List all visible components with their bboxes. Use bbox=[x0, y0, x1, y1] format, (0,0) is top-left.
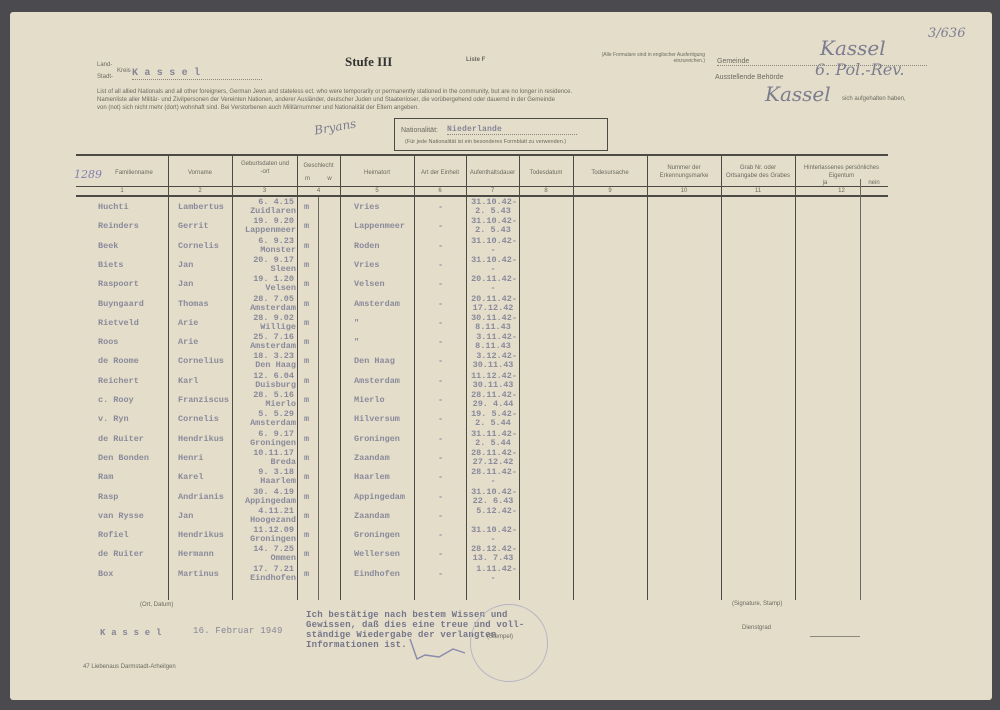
cell-firstname: Cornelius bbox=[178, 357, 224, 366]
cell-stay-to: 27.12.42 bbox=[471, 458, 515, 467]
cell-sex: m bbox=[304, 396, 309, 405]
cell-hometown: Appingedam bbox=[354, 493, 405, 502]
cell-surname: Beek bbox=[98, 242, 118, 251]
cell-unit: - bbox=[438, 203, 443, 212]
cell-stay-to: 29. 4.44 bbox=[471, 400, 515, 409]
cell-birthplace: Amsterdam bbox=[244, 342, 296, 351]
cell-surname: Reichert bbox=[98, 377, 139, 386]
cell-sex: m bbox=[304, 512, 309, 521]
cell-surname: Rofiel bbox=[98, 531, 129, 540]
cell-firstname: Jan bbox=[178, 512, 193, 521]
cell-firstname: Jan bbox=[178, 280, 193, 289]
cell-stay-to: 22. 6.43 bbox=[471, 497, 515, 506]
cell-surname: Huchti bbox=[98, 203, 129, 212]
cell-surname: de Roome bbox=[98, 357, 139, 366]
cell-birthplace: Breda bbox=[244, 458, 296, 467]
signature-icon bbox=[405, 637, 475, 667]
cell-birthplace: Den Haag bbox=[244, 361, 296, 370]
cell-unit: - bbox=[438, 319, 443, 328]
cell-surname: de Ruiter bbox=[98, 550, 144, 559]
cell-unit: - bbox=[438, 300, 443, 309]
cell-firstname: Lambertus bbox=[178, 203, 224, 212]
cell-birthplace: Amsterdam bbox=[244, 304, 296, 313]
cell-stay-to: 8.11.43 bbox=[471, 342, 515, 351]
cell-unit: - bbox=[438, 357, 443, 366]
cell-surname: Roos bbox=[98, 338, 118, 347]
cell-sex: m bbox=[304, 493, 309, 502]
cell-unit: - bbox=[438, 512, 443, 521]
cell-surname: de Ruiter bbox=[98, 435, 144, 444]
cell-hometown: Velsen bbox=[354, 280, 385, 289]
cell-birthplace: Sleen bbox=[244, 265, 296, 274]
cell-sex: m bbox=[304, 454, 309, 463]
cell-unit: - bbox=[438, 338, 443, 347]
cell-firstname: Cornelis bbox=[178, 415, 219, 424]
cell-birthplace: Duisburg bbox=[244, 381, 296, 390]
cell-stay-to: 30.11.43 bbox=[471, 381, 515, 390]
cell-firstname: Karel bbox=[178, 473, 204, 482]
cell-stay-to: 2. 5.44 bbox=[471, 419, 515, 428]
cell-unit: - bbox=[438, 261, 443, 270]
cell-stay-to: - bbox=[471, 246, 515, 255]
cell-birthplace: Amsterdam bbox=[244, 419, 296, 428]
cell-firstname: Hendrikus bbox=[178, 531, 224, 540]
cell-sex: m bbox=[304, 338, 309, 347]
cell-surname: Biets bbox=[98, 261, 124, 270]
cell-birthplace: Eindhofen bbox=[244, 574, 296, 583]
cell-surname: van Rysse bbox=[98, 512, 144, 521]
cell-stay-to: - bbox=[471, 284, 515, 293]
cell-surname: Den Bonden bbox=[98, 454, 149, 463]
cell-sex: m bbox=[304, 550, 309, 559]
cell-birthplace: Lappenmeer bbox=[244, 226, 296, 235]
cell-firstname: Martinus bbox=[178, 570, 219, 579]
cell-sex: m bbox=[304, 377, 309, 386]
cell-stay-to: 2. 5.43 bbox=[471, 226, 515, 235]
cell-unit: - bbox=[438, 435, 443, 444]
cell-unit: - bbox=[438, 550, 443, 559]
signature-label: (Signature, Stamp) bbox=[732, 601, 782, 607]
dienstgrad-line bbox=[810, 636, 860, 637]
official-stamp bbox=[470, 604, 548, 682]
cell-firstname: Hermann bbox=[178, 550, 214, 559]
cell-firstname: Franziscus bbox=[178, 396, 229, 405]
cell-firstname: Arie bbox=[178, 319, 198, 328]
cell-stay-from: 5.12.42- bbox=[471, 507, 517, 516]
cell-stay-to: 13. 7.43 bbox=[471, 554, 515, 563]
cell-surname: v. Ryn bbox=[98, 415, 129, 424]
cell-stay-to: 17.12.42 bbox=[471, 304, 515, 313]
cell-unit: - bbox=[438, 377, 443, 386]
cell-unit: - bbox=[438, 531, 443, 540]
footer-place: K a s s e l bbox=[100, 628, 162, 638]
cell-birthplace: Mierlo bbox=[244, 400, 296, 409]
cell-hometown: Wellersen bbox=[354, 550, 400, 559]
cell-sex: m bbox=[304, 435, 309, 444]
document-page: Land- Kreis Stadt- K a s s e l Stufe III… bbox=[10, 12, 992, 700]
cell-firstname: Jan bbox=[178, 261, 193, 270]
cell-surname: Reinders bbox=[98, 222, 139, 231]
cell-unit: - bbox=[438, 454, 443, 463]
cell-sex: m bbox=[304, 203, 309, 212]
cell-unit: - bbox=[438, 280, 443, 289]
dienstgrad-label: Dienstgrad bbox=[742, 625, 771, 631]
cell-surname: Raspoort bbox=[98, 280, 139, 289]
cell-hometown: Amsterdam bbox=[354, 377, 400, 386]
cell-firstname: Thomas bbox=[178, 300, 209, 309]
cell-stay-to: 8.11.43 bbox=[471, 323, 515, 332]
cell-birthplace: Haarlem bbox=[244, 477, 296, 486]
cell-hometown: Den Haag bbox=[354, 357, 395, 366]
cell-hometown: Haarlem bbox=[354, 473, 390, 482]
cell-hometown: " bbox=[354, 338, 359, 347]
cell-birthplace: Ommen bbox=[244, 554, 296, 563]
cell-birthplace: Appingedam bbox=[244, 497, 296, 506]
cell-surname: Box bbox=[98, 570, 113, 579]
cell-hometown: Eindhofen bbox=[354, 570, 400, 579]
cell-firstname: Karl bbox=[178, 377, 198, 386]
cell-sex: m bbox=[304, 242, 309, 251]
cell-hometown: " bbox=[354, 319, 359, 328]
cell-birthplace: Zuidlaren bbox=[244, 207, 296, 216]
cell-unit: - bbox=[438, 493, 443, 502]
printer-mark: 47 Liebenaus Darmstadt-Arheilgen bbox=[83, 664, 176, 670]
cell-hometown: Roden bbox=[354, 242, 380, 251]
cell-hometown: Groningen bbox=[354, 435, 400, 444]
cell-hometown: Zaandam bbox=[354, 454, 390, 463]
cell-surname: Ram bbox=[98, 473, 113, 482]
cell-firstname: Arie bbox=[178, 338, 198, 347]
cell-firstname: Hendrikus bbox=[178, 435, 224, 444]
cell-hometown: Lappenmeer bbox=[354, 222, 405, 231]
cell-stay-to: 2. 5.44 bbox=[471, 439, 515, 448]
ort-datum-label: (Ort, Datum) bbox=[140, 602, 173, 608]
cell-sex: m bbox=[304, 300, 309, 309]
cell-unit: - bbox=[438, 473, 443, 482]
cell-birthplace: Hoogezand bbox=[244, 516, 296, 525]
cell-stay-to: 30.11.43 bbox=[471, 361, 515, 370]
cell-firstname: Andrianis bbox=[178, 493, 224, 502]
cell-sex: m bbox=[304, 415, 309, 424]
cell-firstname: Gerrit bbox=[178, 222, 209, 231]
cell-unit: - bbox=[438, 242, 443, 251]
cell-stay-to: - bbox=[471, 535, 515, 544]
cell-stay-to: - bbox=[471, 265, 515, 274]
cell-unit: - bbox=[438, 222, 443, 231]
cell-sex: m bbox=[304, 473, 309, 482]
cell-birthplace: Monster bbox=[244, 246, 296, 255]
cell-hometown: Vries bbox=[354, 203, 380, 212]
cell-firstname: Henri bbox=[178, 454, 204, 463]
cell-surname: Rietveld bbox=[98, 319, 139, 328]
cell-hometown: Groningen bbox=[354, 531, 400, 540]
cell-hometown: Zaandam bbox=[354, 512, 390, 521]
footer-date: 16. Februar 1949 bbox=[193, 626, 283, 636]
cell-firstname: Cornelis bbox=[178, 242, 219, 251]
cell-sex: m bbox=[304, 531, 309, 540]
cell-birthplace: Willige bbox=[244, 323, 296, 332]
cell-sex: m bbox=[304, 222, 309, 231]
cell-surname: Rasp bbox=[98, 493, 118, 502]
cell-hometown: Vries bbox=[354, 261, 380, 270]
cell-hometown: Hilversum bbox=[354, 415, 400, 424]
cell-surname: Buyngaard bbox=[98, 300, 144, 309]
cell-hometown: Mierlo bbox=[354, 396, 385, 405]
cell-birthplace: Velsen bbox=[244, 284, 296, 293]
cell-stay-to: 2. 5.43 bbox=[471, 207, 515, 216]
cell-sex: m bbox=[304, 319, 309, 328]
cell-unit: - bbox=[438, 570, 443, 579]
cell-sex: m bbox=[304, 280, 309, 289]
table-body: HuchtiLambertus6. 4.15ZuidlarenmVries-31… bbox=[10, 12, 992, 700]
cell-stay-to: - bbox=[471, 574, 515, 583]
cell-hometown: Amsterdam bbox=[354, 300, 400, 309]
cell-stay-to: - bbox=[471, 477, 515, 486]
cell-birthplace: Groningen bbox=[244, 439, 296, 448]
cell-birthplace: Groningen bbox=[244, 535, 296, 544]
cell-sex: m bbox=[304, 261, 309, 270]
cell-unit: - bbox=[438, 415, 443, 424]
cell-sex: m bbox=[304, 570, 309, 579]
cell-sex: m bbox=[304, 357, 309, 366]
cell-unit: - bbox=[438, 396, 443, 405]
cell-surname: c. Rooy bbox=[98, 396, 134, 405]
